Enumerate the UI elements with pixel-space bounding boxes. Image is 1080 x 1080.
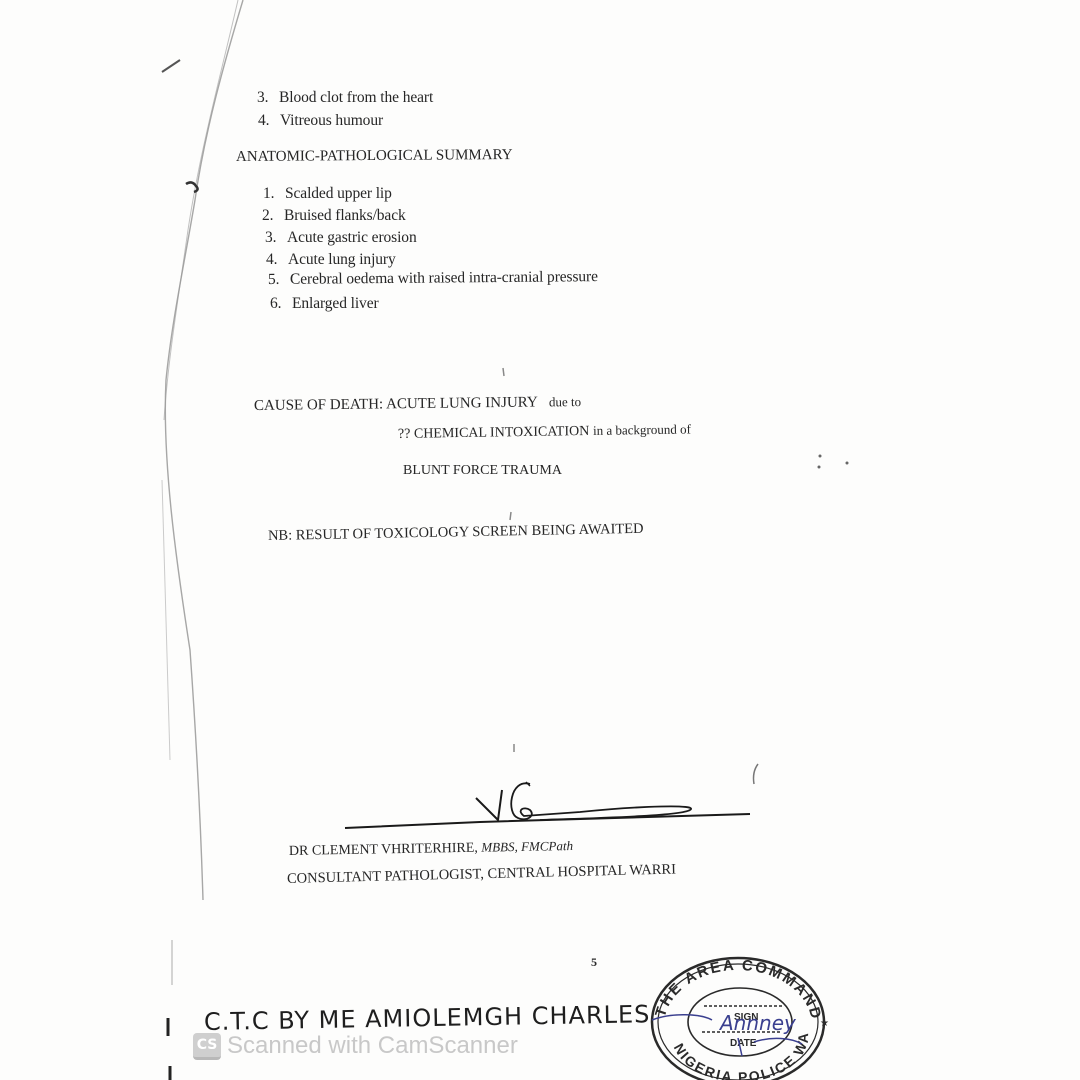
item-text: Enlarged liver [292, 295, 379, 312]
chemical-intoxication-text: ?? CHEMICAL INTOXICATION [398, 424, 590, 442]
certification-handwriting: C.T.C BY ME AMIOLEMGH CHARLES [204, 1000, 651, 1036]
list-item: 4.Vitreous humour [258, 112, 383, 130]
item-text: Blood clot from the heart [279, 89, 433, 106]
stamp-date-label: DATE [730, 1038, 757, 1049]
signatory-title: CONSULTANT PATHOLOGIST, CENTRAL HOSPITAL… [287, 861, 676, 888]
item-number: 5. [268, 271, 290, 289]
background-of-text: in a background of [593, 421, 691, 438]
item-text: Cerebral oedema with raised intra-crania… [290, 268, 598, 288]
page-edge-marks [0, 0, 1080, 1080]
due-to-text: due to [549, 394, 581, 409]
item-number: 6. [270, 295, 292, 313]
cause-of-death-line3: BLUNT FORCE TRAUMA [403, 463, 562, 479]
signatory-name-line: DR CLEMENT VHRITERHIRE, MBBS, FMCPath [289, 838, 573, 860]
cause-of-death-line2: ?? CHEMICAL INTOXICATION in a background… [398, 421, 691, 443]
list-item: 2.Bruised flanks/back [262, 207, 406, 225]
camscanner-watermark: CS Scanned with CamScanner [193, 1032, 518, 1060]
cause-of-death-line1: CAUSE OF DEATH: ACUTE LUNG INJURY due to [254, 394, 581, 415]
summary-heading: ANATOMIC-PATHOLOGICAL SUMMARY [236, 147, 513, 166]
list-item: 6.Enlarged liver [270, 295, 379, 313]
item-text: Vitreous humour [280, 112, 383, 129]
item-text: Acute gastric erosion [287, 229, 417, 246]
item-text: Acute lung injury [288, 251, 396, 268]
list-item: 3.Acute gastric erosion [265, 229, 417, 247]
list-item: 1.Scalded upper lip [263, 185, 392, 203]
item-number: 3. [265, 229, 287, 247]
item-number: 1. [263, 185, 285, 203]
list-item: 3.Blood clot from the heart [257, 89, 433, 107]
camscanner-logo-icon: CS [193, 1033, 221, 1060]
item-number: 3. [257, 89, 279, 107]
signatory-name: DR CLEMENT VHRITERHIRE, [289, 841, 478, 859]
stamp-handwritten-signature: Annney [718, 1011, 797, 1035]
item-number: 4. [258, 112, 280, 130]
scanned-document-page: 3.Blood clot from the heart 4.Vitreous h… [0, 0, 1080, 1080]
toxicology-note: NB: RESULT OF TOXICOLOGY SCREEN BEING AW… [268, 521, 644, 545]
svg-text:★: ★ [820, 1018, 829, 1029]
signatory-qualifications: MBBS, FMCPath [481, 838, 573, 855]
camscanner-text: Scanned with CamScanner [227, 1032, 518, 1060]
list-item: 5.Cerebral oedema with raised intra-cran… [268, 268, 598, 289]
item-text: Bruised flanks/back [284, 207, 406, 224]
item-number: 4. [266, 251, 288, 269]
cause-of-death-label: CAUSE OF DEATH: ACUTE LUNG INJURY [254, 395, 538, 414]
list-item: 4.Acute lung injury [266, 251, 396, 269]
item-number: 2. [262, 207, 284, 225]
page-number: 5 [591, 955, 597, 970]
police-stamp: THE AREA COMMANDER NIGERIA POLICE WARRI … [642, 946, 832, 1080]
signature-mark [340, 770, 760, 840]
item-text: Scalded upper lip [285, 185, 392, 202]
